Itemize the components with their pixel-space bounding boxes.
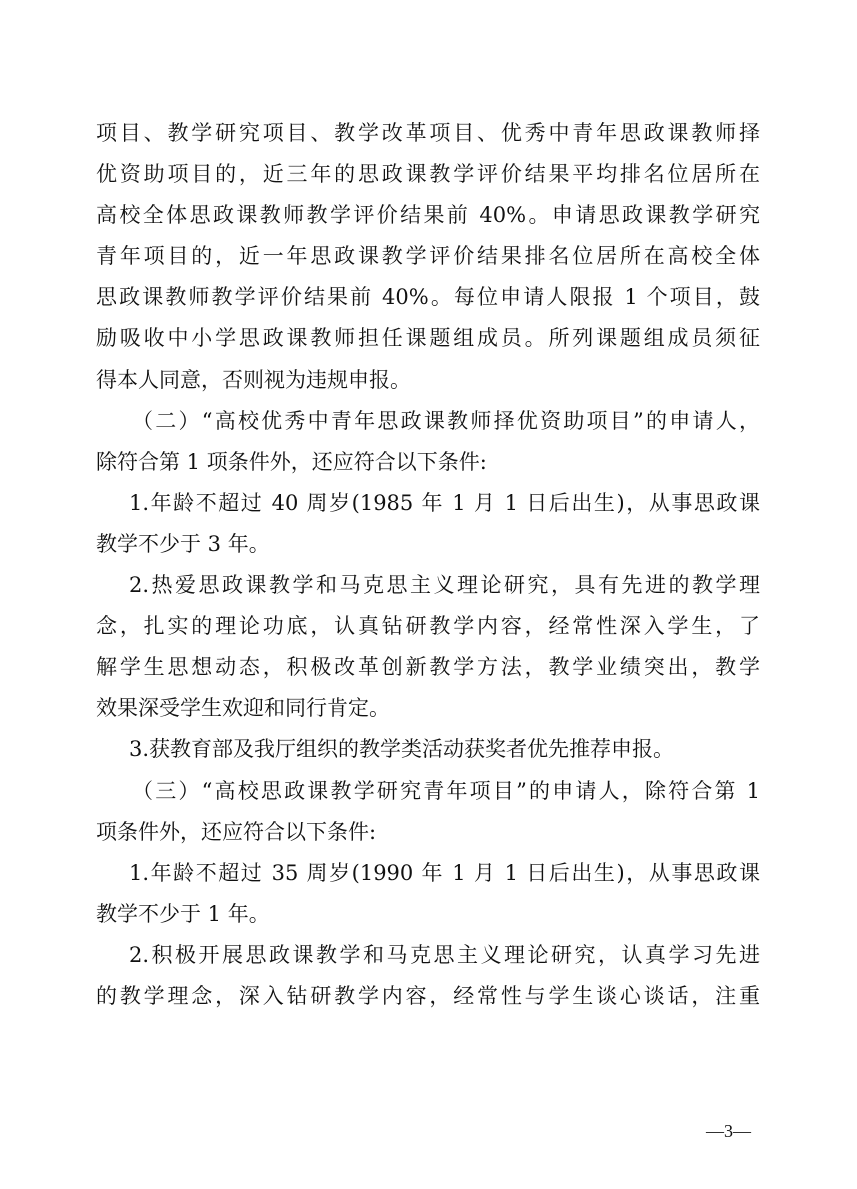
page-number: —3— [706, 1121, 751, 1142]
list-item: 3.获教育部及我厅组织的教学类活动获奖者优先推荐申报。 [96, 729, 760, 770]
section-heading-3: （三）“高校思政课教学研究青年项目”的申请人，除符合第 1 [96, 771, 760, 812]
text-line: 高校全体思政课教师教学评价结果前 40%。申请思政课教学研究 [96, 195, 760, 236]
document-page: 项目、教学研究项目、教学改革项目、优秀中青年思政课教师择 优资助项目的，近三年的… [0, 0, 857, 1189]
text-line: 青年项目的，近一年思政课教学评价结果排名位居所在高校全体 [96, 236, 760, 277]
text-line: 的教学理念，深入钻研教学内容，经常性与学生谈心谈话，注重 [96, 976, 760, 1017]
text-line: 项条件外，还应符合以下条件: [96, 812, 760, 853]
text-line: 解学生思想动态，积极改革创新教学方法，教学业绩突出，教学 [96, 647, 760, 688]
list-item: 1.年龄不超过 35 周岁(1990 年 1 月 1 日后出生)，从事思政课 [96, 853, 760, 894]
text-line: 优资助项目的，近三年的思政课教学评价结果平均排名位居所在 [96, 154, 760, 195]
list-item: 2.热爱思政课教学和马克思主义理论研究，具有先进的教学理 [96, 565, 760, 606]
text-line: 励吸收中小学思政课教师担任课题组成员。所列课题组成员须征 [96, 318, 760, 359]
list-item: 2.积极开展思政课教学和马克思主义理论研究，认真学习先进 [96, 935, 760, 976]
text-line: 思政课教师教学评价结果前 40%。每位申请人限报 1 个项目，鼓 [96, 277, 760, 318]
text-line: 效果深受学生欢迎和同行肯定。 [96, 688, 760, 729]
text-line: 得本人同意，否则视为违规申报。 [96, 360, 760, 401]
text-line: 教学不少于 1 年。 [96, 894, 760, 935]
text-line: 除符合第 1 项条件外，还应符合以下条件: [96, 442, 760, 483]
text-line: 念，扎实的理论功底，认真钻研教学内容，经常性深入学生，了 [96, 606, 760, 647]
text-line: 教学不少于 3 年。 [96, 524, 760, 565]
body-text: 项目、教学研究项目、教学改革项目、优秀中青年思政课教师择 优资助项目的，近三年的… [96, 113, 760, 1017]
section-heading-2: （二）“高校优秀中青年思政课教师择优资助项目”的申请人， [96, 401, 760, 442]
text-line: 项目、教学研究项目、教学改革项目、优秀中青年思政课教师择 [96, 113, 760, 154]
list-item: 1.年龄不超过 40 周岁(1985 年 1 月 1 日后出生)，从事思政课 [96, 483, 760, 524]
